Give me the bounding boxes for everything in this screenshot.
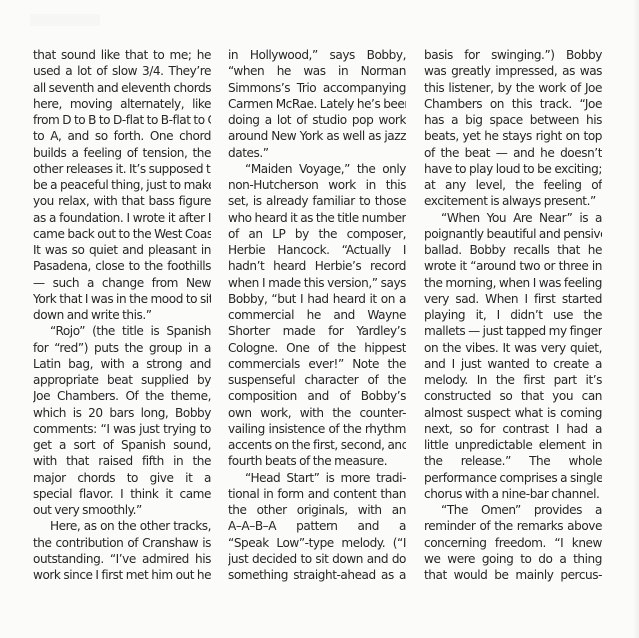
text-line: playing it, I didn’t use the [424, 307, 602, 323]
text-line: with that raised fifth in the [33, 453, 211, 469]
text-line: appropriate beat supplied by [33, 372, 211, 388]
text-line: get a sort of Spanish sound, [33, 437, 211, 453]
text-line: A–A–B–A pattern and a [228, 518, 406, 534]
paragraph-start-line: “The Omen” provides a [424, 502, 602, 518]
text-line: something straight-ahead as a [228, 567, 406, 583]
text-line: around New York as well as jazz [228, 128, 406, 144]
text-line: and I just wanted to create a [424, 356, 602, 372]
text-line: vailing insistence of the rhythm [228, 421, 406, 437]
text-line: next, so for contrast I had a [424, 421, 602, 437]
paragraph-start-line: “Head Start” is more tradi- [228, 470, 406, 486]
paragraph-start-line: “Rojo” (the title is Spanish [33, 323, 211, 339]
text-line: was greatly impressed, as was [424, 63, 602, 79]
text-line: special flavor. I think it came [33, 486, 211, 502]
text-column-1: that sound like that to me; he used a lo… [33, 47, 211, 583]
text-line: commercial he and Wayne [228, 307, 406, 323]
text-line: tional in form and content than [228, 486, 406, 502]
text-line: hadn’t heard Herbie’s record [228, 258, 406, 274]
text-line: be a peaceful thing, just to make [33, 177, 211, 193]
text-line: It was so quiet and pleasant in [33, 242, 211, 258]
text-line: set, is already familiar to those [228, 193, 406, 209]
text-line: major chords to give it a [33, 470, 211, 486]
liner-notes-page: that sound like that to me; he used a lo… [0, 0, 639, 638]
text-line: almost suspect what is coming [424, 405, 602, 421]
text-line: suspenseful character of the [228, 372, 406, 388]
text-line: as a foundation. I wrote it after I [33, 210, 211, 226]
text-line: on the vibes. It was very quiet, [424, 340, 602, 356]
text-line: all seventh and eleventh chords [33, 80, 211, 96]
text-column-2: in Hollywood,” says Bobby, “when he was … [228, 47, 406, 583]
text-line: Joe Chambers. Of the theme, [33, 388, 211, 404]
text-line: concerning freedom. “I knew [424, 535, 602, 551]
text-line: just decided to sit down and do [228, 551, 406, 567]
text-line: — such a change from New [33, 275, 211, 291]
text-column-3: basis for swinging.”) Bobby was greatly … [424, 47, 602, 583]
text-line: Simmons’s Trio accompanying [228, 80, 406, 96]
text-line: beats, yet he stays right on top [424, 128, 602, 144]
text-line: when I made this version,” says [228, 275, 406, 291]
text-line: for “red”) puts the group in a [33, 340, 211, 356]
text-line: non-Hutcherson work in this [228, 177, 406, 193]
text-line: you relax, with that bass figure [33, 193, 211, 209]
paragraph-start-line: “When You Are Near” is a [424, 210, 602, 226]
text-line: here, moving alternately, like [33, 96, 211, 112]
text-line: ballad. Bobby recalls that he [424, 242, 602, 258]
text-line: down and write this.” [33, 307, 211, 323]
text-line: constructed so that you can [424, 388, 602, 404]
text-line: “Speak Low”-type melody. (“I [228, 535, 406, 551]
text-line: of the beat — and he doesn’t [424, 145, 602, 161]
text-line: “when he was in Norman [228, 63, 406, 79]
text-line: basis for swinging.”) Bobby [424, 47, 602, 63]
text-line: York that I was in the mood to sit [33, 291, 211, 307]
text-line: we were going to do a thing [424, 551, 602, 567]
text-line: Latin bag, with a strong and [33, 356, 211, 372]
text-line: dates.” [228, 145, 406, 161]
text-line: has a big space between his [424, 112, 602, 128]
text-line: Shorter made for Yardley’s [228, 323, 406, 339]
text-line: the other originals, with an [228, 502, 406, 518]
faded-bleedthrough-mark [30, 14, 100, 26]
text-line: have to play loud to be exciting; [424, 161, 602, 177]
paragraph-start-line: Here, as on the other tracks, [33, 518, 211, 534]
text-line: builds a feeling of tension, the [33, 145, 211, 161]
text-line: excitement is always present.” [424, 193, 602, 209]
text-line: chorus with a nine-bar channel. [424, 486, 602, 502]
text-line: own work, with the counter- [228, 405, 406, 421]
text-line: out very smoothly.” [33, 502, 211, 518]
text-line: used a lot of slow 3/4. They’re [33, 63, 211, 79]
text-line: mallets — just tapped my fingers [424, 323, 602, 339]
text-line: doing a lot of studio pop work [228, 112, 406, 128]
text-line: commercials ever!” Note the [228, 356, 406, 372]
text-line: reminder of the remarks above [424, 518, 602, 534]
text-line: the morning, when I was feeling [424, 275, 602, 291]
text-line: which is 20 bars long, Bobby [33, 405, 211, 421]
text-line: that sound like that to me; he [33, 47, 211, 63]
text-line: outstanding. “I’ve admired his [33, 551, 211, 567]
text-line: melody. In the first part it’s [424, 372, 602, 388]
text-line: this listener, by the work of Joe [424, 80, 602, 96]
text-line: to A, and so forth. One chord [33, 128, 211, 144]
text-line: that would be mainly percus- [424, 567, 602, 583]
paragraph-start-line: “Maiden Voyage,” the only [228, 161, 406, 177]
text-line: who heard it as the title number [228, 210, 406, 226]
text-line: wrote it “around two or three in [424, 258, 602, 274]
text-line: very sad. When I first started [424, 291, 602, 307]
text-line: poignantly beautiful and pensive [424, 226, 602, 242]
text-line: Chambers on this track. “Joe [424, 96, 602, 112]
text-line: Pasadena, close to the foothills [33, 258, 211, 274]
text-line: from D to B to D-flat to B-flat to C [33, 112, 211, 128]
text-line: in Hollywood,” says Bobby, [228, 47, 406, 63]
text-line: little unpredictable element in [424, 437, 602, 453]
text-line: fourth beats of the measure. [228, 453, 406, 469]
text-line: other releases it. It’s supposed to [33, 161, 211, 177]
text-line: the contribution of Cranshaw is [33, 535, 211, 551]
text-line: comments: “I was just trying to [33, 421, 211, 437]
text-line: performance comprises a single [424, 470, 602, 486]
text-line: at any level, the feeling of [424, 177, 602, 193]
text-line: Cologne. One of the hippest [228, 340, 406, 356]
text-line: came back out to the West Coast. [33, 226, 211, 242]
text-line: accents on the first, second, and [228, 437, 406, 453]
text-line: of an LP by the composer, [228, 226, 406, 242]
text-line: Herbie Hancock. “Actually I [228, 242, 406, 258]
text-line: the release.” The whole [424, 453, 602, 469]
text-line: Carmen McRae. Lately he’s been [228, 96, 406, 112]
text-line: work since I first met him out here [33, 567, 211, 583]
page-edge-shadow [633, 0, 639, 638]
text-line: Bobby, “but I had heard it on a [228, 291, 406, 307]
text-line: composition and of Bobby’s [228, 388, 406, 404]
